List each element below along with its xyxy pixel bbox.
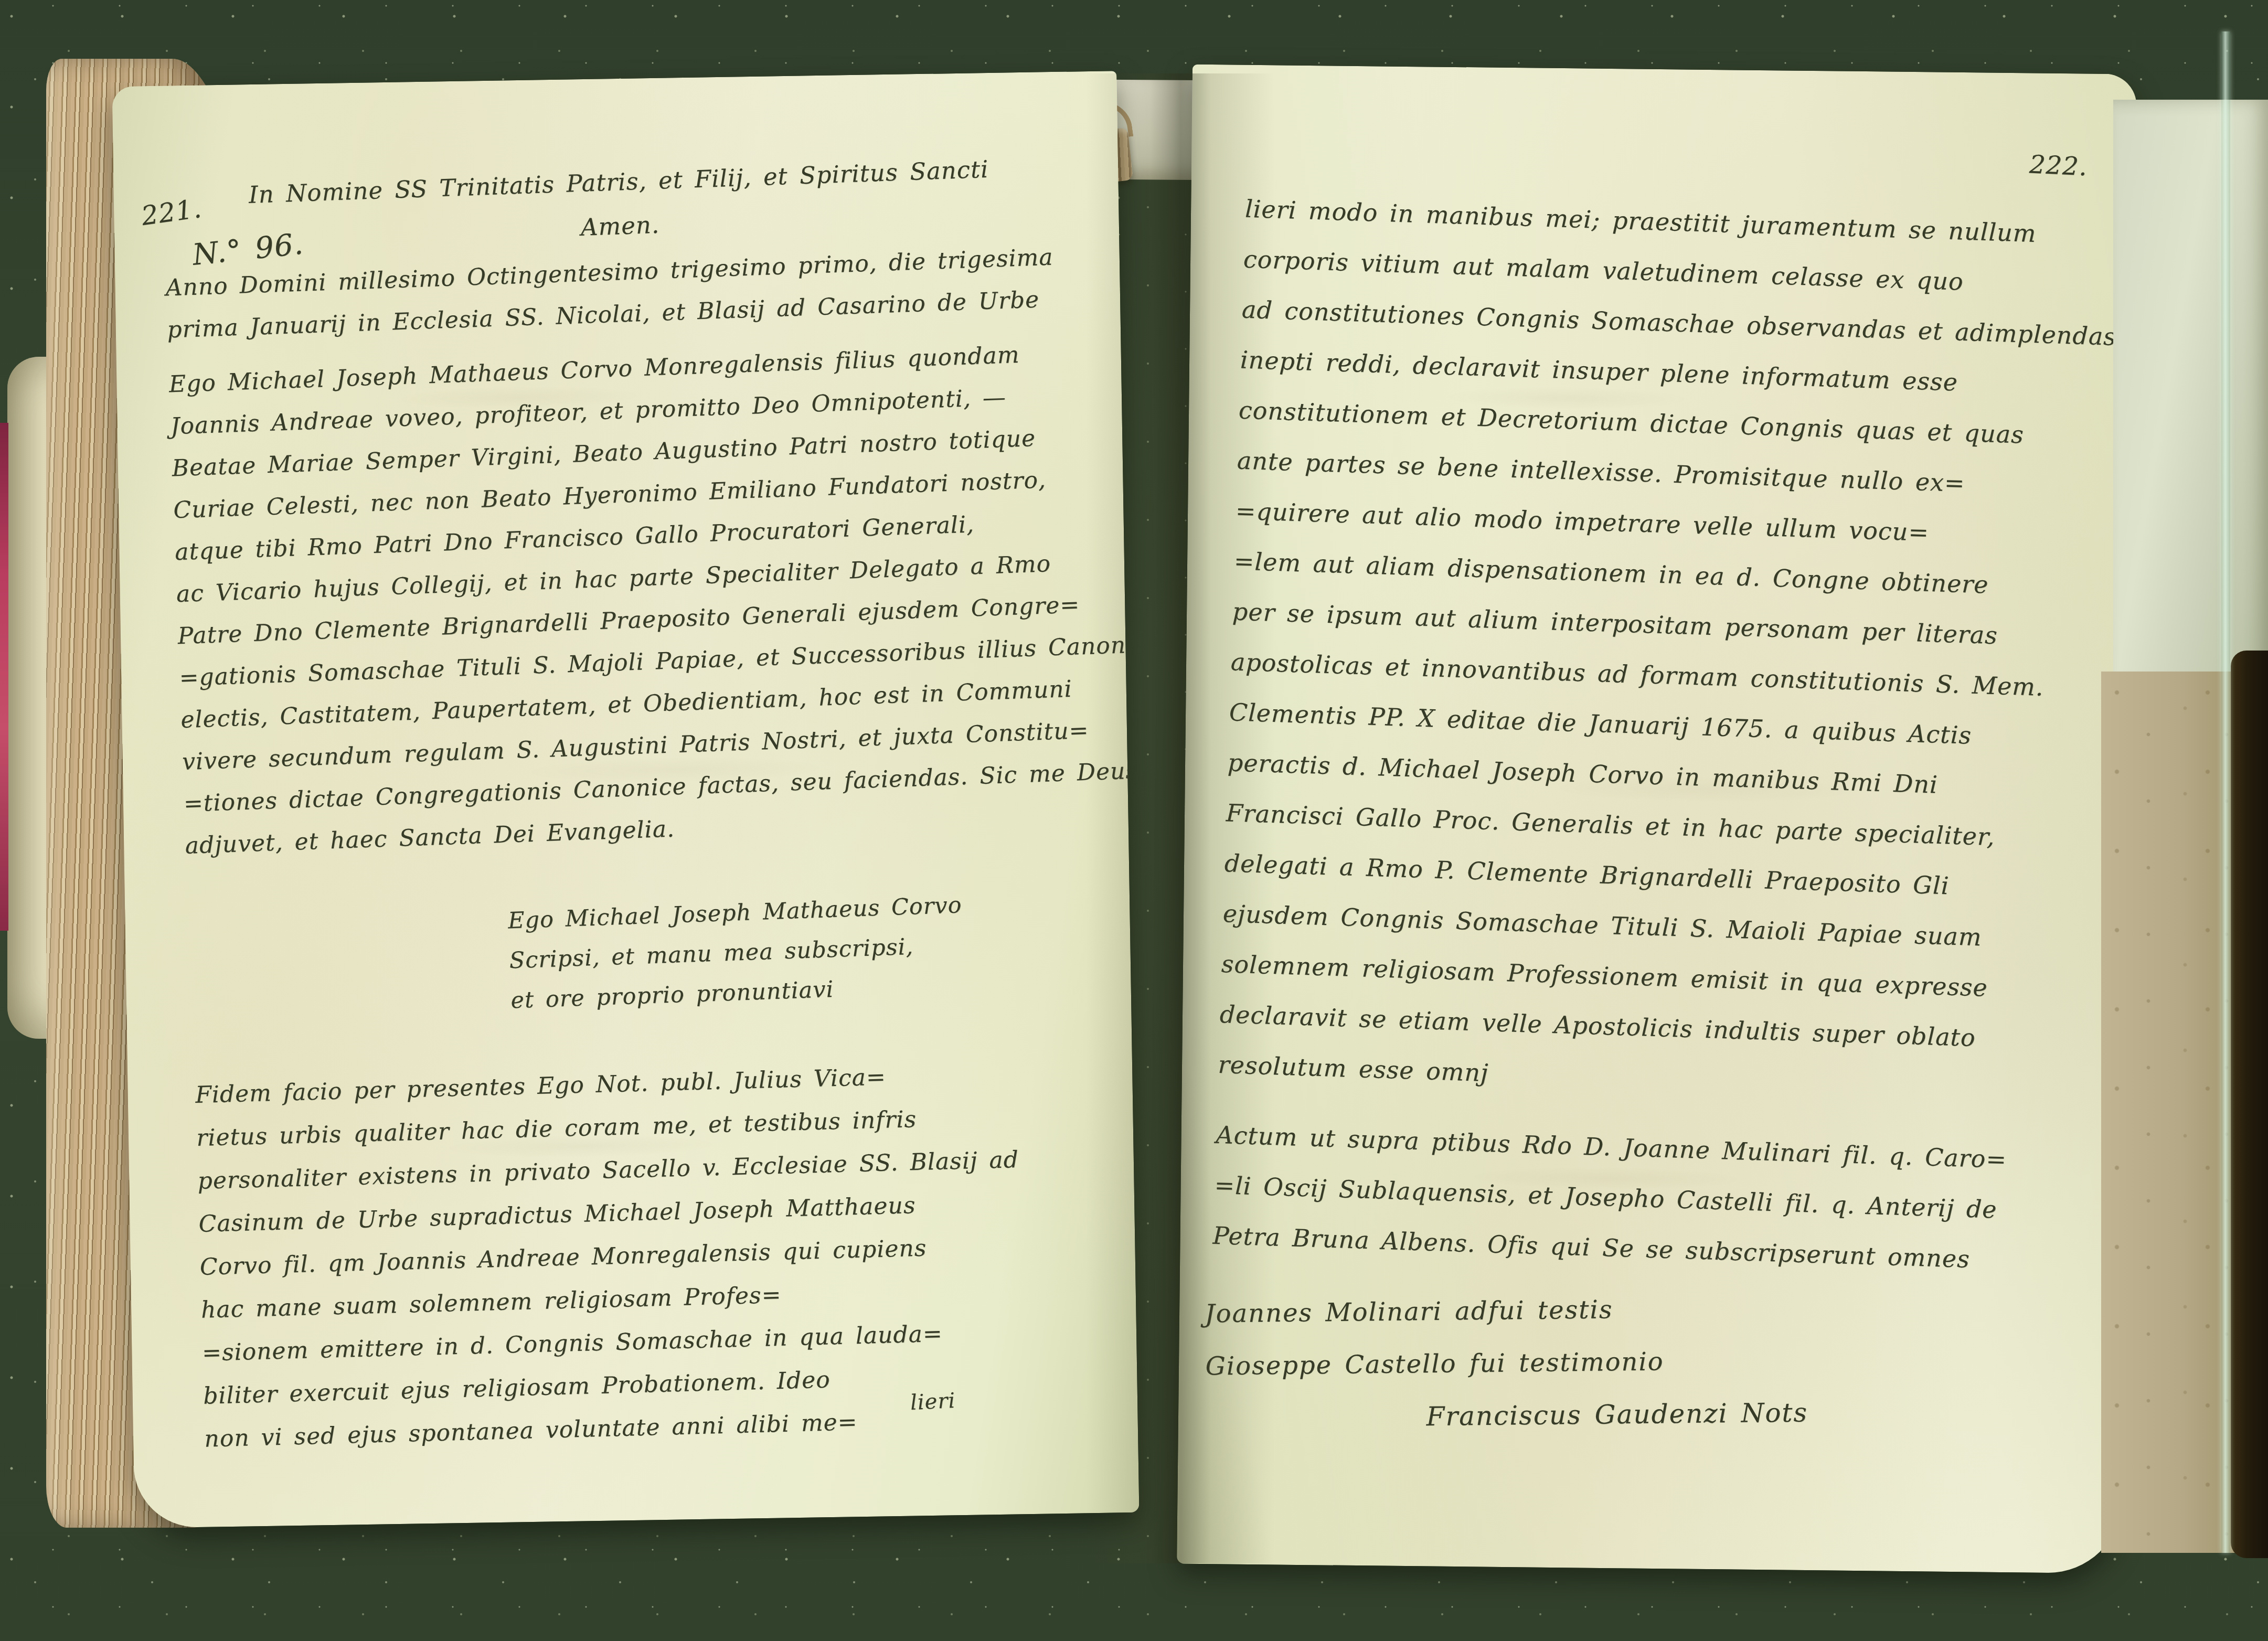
actum-paragraph: Actum ut supra ptibus Rdo D. Joanne Muli… bbox=[1212, 1110, 2077, 1287]
attestation-block: Ego Michael Joseph Mathaeus CorvoScripsi… bbox=[507, 880, 1104, 1020]
signature-line: Franciscus Gaudenzi Nots bbox=[1426, 1383, 2067, 1443]
right-parchment-cover bbox=[2113, 100, 2268, 698]
notary-certification-paragraph: Fidem facio per presentes Ego Not. publ.… bbox=[195, 1050, 1117, 1461]
profession-vow-paragraph: Ego Michael Joseph Mathaeus Corvo Monreg… bbox=[168, 332, 1098, 867]
torn-dark-gap bbox=[2231, 651, 2268, 1558]
manuscript-photo: 221. N.° 96. In Nomine SS Trinitatis Pat… bbox=[0, 0, 2268, 1641]
signature-line: Gioseppe Castello fui testimonio bbox=[1205, 1331, 2066, 1392]
left-page-text: In Nomine SS Trinitatis Patris, et Filij… bbox=[162, 144, 1119, 1465]
cover-red-edge bbox=[0, 423, 8, 931]
signature-line: Joannes Molinari adfui testis bbox=[1205, 1278, 2065, 1340]
glass-edge-strip bbox=[2221, 31, 2230, 1553]
catchword: lieri bbox=[910, 1389, 956, 1415]
witness-signatures: Joannes Molinari adfui testisGioseppe Ca… bbox=[1205, 1278, 2067, 1445]
right-page-text: lieri modo in manibus mei; praestitit ju… bbox=[1206, 184, 2106, 1472]
notary-continuation-paragraph: lieri modo in manibus mei; praestitit ju… bbox=[1217, 184, 2105, 1117]
right-page: 222. lieri modo in manibus mei; praestit… bbox=[1177, 65, 2137, 1574]
left-page: 221. N.° 96. In Nomine SS Trinitatis Pat… bbox=[112, 71, 1140, 1528]
page-number-right: 222. bbox=[2029, 150, 2088, 182]
